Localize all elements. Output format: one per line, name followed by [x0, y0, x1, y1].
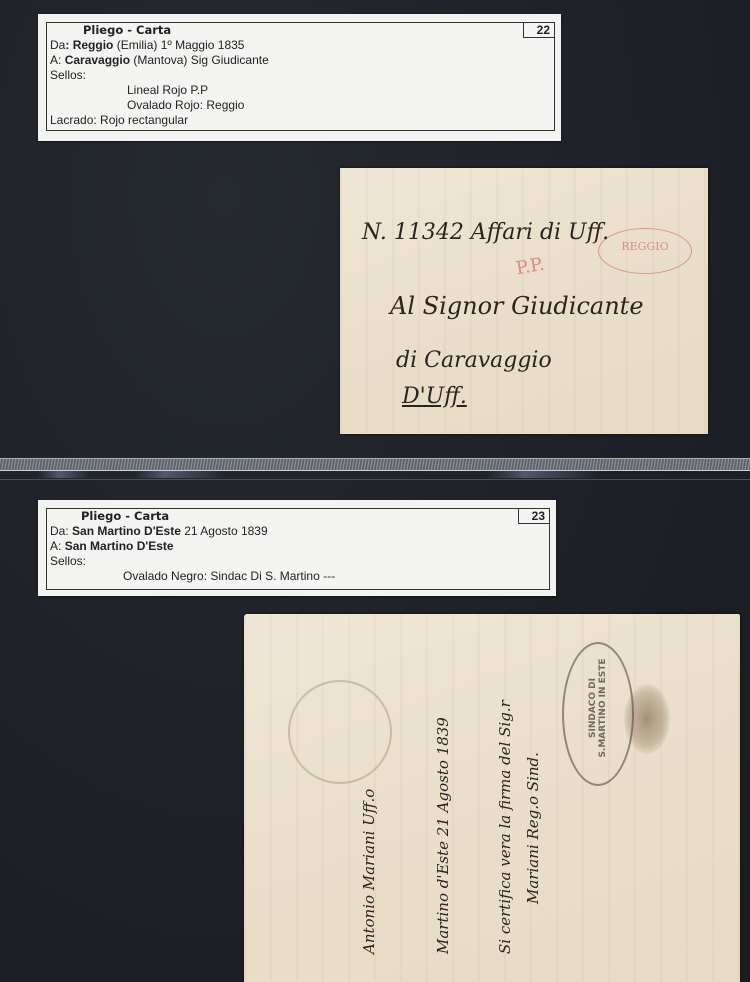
lot-number: 23	[518, 509, 549, 524]
cover-letter-image: REGGIO P.P. N. 11342 Affari di Uff. Al S…	[340, 168, 708, 434]
to-place: San Martino D'Este	[65, 539, 174, 553]
to-detail: (Mantova) Sig Giudicante	[133, 53, 268, 67]
handwriting-line: Antonio Mariani Uff.o	[360, 789, 378, 954]
lot-label: 23 Pliego - Carta Da: San Martino D'Este…	[46, 508, 550, 590]
lot-label-card: 22 Pliego - Carta Da: Reggio (Emilia) 1º…	[38, 14, 561, 141]
from-line: Da: San Martino D'Este 21 Agosto 1839	[47, 524, 549, 539]
handwriting-line: Si certifica vera la firma del Sig.r	[496, 700, 514, 954]
handwriting-line: Martino d'Este 21 Agosto 1839	[434, 717, 452, 954]
handwriting-line: Mariani Reg.o Sind.	[524, 752, 542, 904]
to-place: Caravaggio	[65, 53, 130, 67]
from-prefix: Da:	[50, 524, 69, 538]
handwriting-line: N. 11342 Affari di Uff.	[362, 220, 609, 245]
from-place: Reggio	[73, 38, 114, 52]
to-prefix: A:	[50, 53, 61, 67]
to-line: A: Caravaggio (Mantova) Sig Giudicante	[47, 53, 554, 68]
lot-label-card: 23 Pliego - Carta Da: San Martino D'Este…	[38, 500, 556, 596]
lot-title: Pliego - Carta	[47, 509, 549, 524]
stamps-label: Sellos:	[47, 68, 554, 83]
linear-postmark-red: P.P.	[514, 254, 546, 280]
from-detail: (Emilia) 1º Maggio 1835	[117, 38, 245, 52]
from-line: Da: Reggio (Emilia) 1º Maggio 1835	[47, 38, 554, 53]
handwriting-line: D'Uff.	[402, 384, 467, 409]
to-line: A: San Martino D'Este	[47, 539, 549, 554]
oval-postmark-red: REGGIO	[598, 228, 692, 274]
divider-reflection	[0, 470, 750, 478]
lot-title: Pliego - Carta	[47, 23, 554, 38]
stamp-entry: Ovalado Rojo: Reggio	[47, 98, 554, 113]
stamp-entry: Lineal Rojo P.P	[47, 83, 554, 98]
to-prefix: A:	[50, 539, 61, 553]
stamps-label: Sellos:	[47, 554, 549, 569]
seal-line: Lacrado: Rojo rectangular	[47, 113, 554, 128]
from-detail: 21 Agosto 1839	[184, 524, 267, 538]
handwriting-line: di Caravaggio	[396, 348, 552, 373]
from-place: San Martino D'Este	[72, 524, 181, 538]
divider-line	[0, 479, 750, 480]
from-prefix: Da	[50, 38, 65, 52]
stamp-entry: Ovalado Negro: Sindac Di S. Martino ---	[47, 569, 549, 584]
lot-number: 22	[523, 23, 554, 38]
handwriting-line: Al Signor Giudicante	[390, 292, 644, 320]
faded-circular-mark	[288, 680, 392, 784]
lot-label: 22 Pliego - Carta Da: Reggio (Emilia) 1º…	[46, 22, 555, 131]
cover-letter-image: SINDACO DI S.MARTINO IN ESTE Antonio Mar…	[244, 614, 740, 982]
oval-postmark-text: SINDACO DI S.MARTINO IN ESTE	[588, 648, 608, 768]
